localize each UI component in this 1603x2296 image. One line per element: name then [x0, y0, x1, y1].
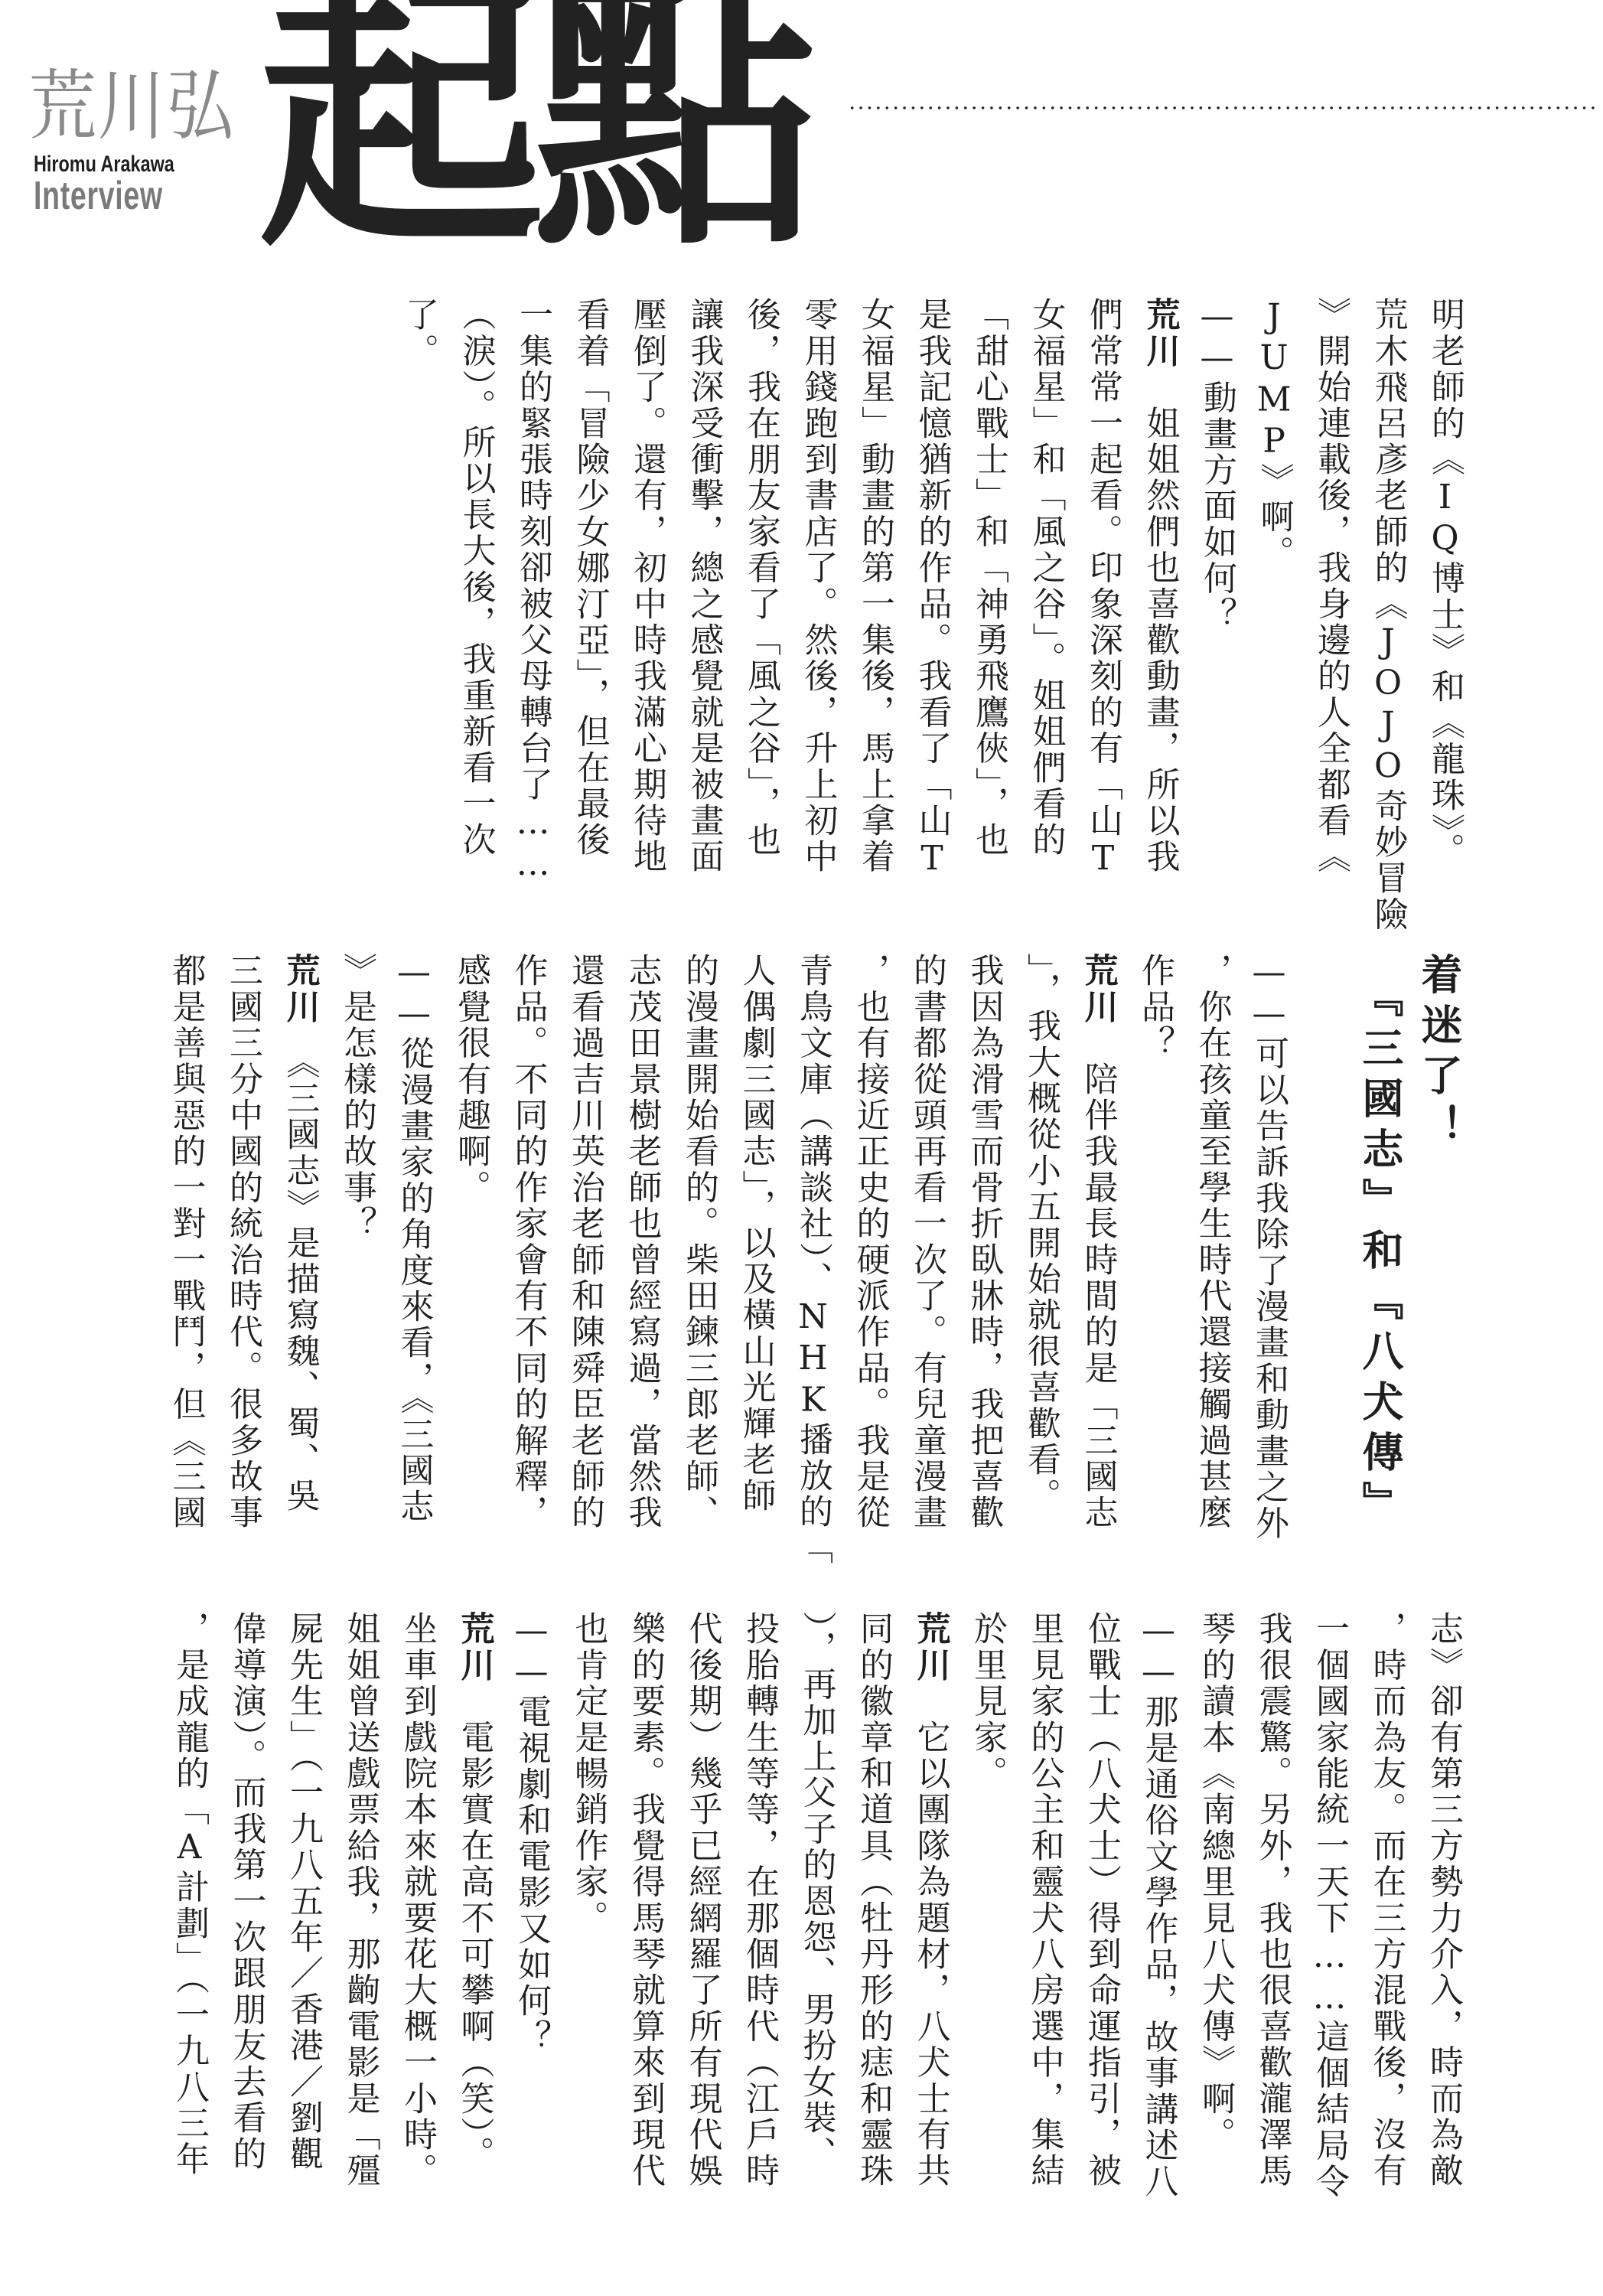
text-column: ，是成龍的「A計劃」（一九八三年: [166, 1611, 212, 2177]
text-column: 》是怎樣的故事？: [334, 953, 380, 1242]
text-column: （淚）。所以長大後，我重新看一次: [453, 297, 499, 858]
text-column: 還看過吉川英治老師和陳舜臣老師的: [562, 953, 608, 1531]
speaker-label: 荒川: [1141, 297, 1180, 369]
text-column: 一個國家能統一天下……這個結局令: [1306, 1611, 1352, 2200]
text-column: 樂的要素。我覺得馬琴就算來到現代: [622, 1611, 668, 2189]
text-column: ——動畫方面如何？: [1194, 297, 1240, 633]
text-column: ——電視劇和電影又如何？: [508, 1611, 554, 2055]
text-column: 」，我大概從小五開始就很喜歡看。: [1018, 953, 1064, 1514]
text-column: 女福星」動畫的第一集後，馬上拿着: [852, 297, 898, 875]
section-heading-line-1: 着迷了！: [1412, 953, 1465, 1155]
text-column: 了。: [396, 297, 441, 369]
text-column: 同的徽章和道具（牡丹形的痣和靈珠: [850, 1611, 896, 2189]
speaker-label: 荒川: [281, 953, 320, 1025]
page-title: 起點: [259, 0, 807, 262]
speaker-label: 荒川: [911, 1611, 950, 1683]
text-column: 琴的讀本《南總里見八犬傳》啊。: [1192, 1611, 1238, 2153]
text-column: 我因為滑雪而骨折臥牀時，我把喜歡: [961, 953, 1007, 1531]
text-column: 荒川 它以團隊為題材，八犬士有共: [907, 1611, 953, 2189]
text-column: 「甜心戰士」和「神勇飛鷹俠」，也: [966, 297, 1012, 858]
text-column: 里見家的公主和靈犬八房選中，集結: [1021, 1611, 1067, 2189]
text-column: 一集的緊張時刻卻被父母轉台了……: [510, 297, 556, 885]
text-column: 也肯定是暢銷作家。: [565, 1611, 611, 1936]
text-column: 投胎轉生等等，在那個時代（江戶時: [736, 1611, 782, 2189]
text-column: 的漫畫開始看的。柴田鍊三郎老師、: [676, 953, 722, 1531]
dotted-divider: [848, 106, 1598, 110]
text-column: ，也有接近正史的硬派作品。我是從: [847, 953, 893, 1531]
text-column: 女福星」和「風之谷」。姐姐們看的: [1023, 297, 1069, 858]
section-heading-line-2: 『三國志』和『八犬傳』: [1353, 976, 1406, 1531]
text-column: 的書都從頭再看一次了。有兒童漫畫: [904, 953, 950, 1531]
text-column: ——可以告訴我除了漫畫和動畫之外: [1246, 953, 1292, 1541]
text-column: 坐車到戲院本來就要花大概一小時。: [394, 1611, 440, 2189]
text-column: 感覺很有趣啊。: [448, 953, 494, 1205]
text-column: ——那是通俗文學作品，故事講述八: [1135, 1611, 1181, 2200]
text-column: 是我記憶猶新的作品。我看了「山T: [909, 297, 955, 880]
text-column: 後，我在朋友家看了「風之谷」，也: [738, 297, 784, 858]
text-column: 作品。不同的作家會有不同的解釋，: [505, 953, 551, 1531]
text-column: 壓倒了。還有，初中時我滿心期待地: [624, 297, 670, 875]
text-column: 偉導演）。而我第一次跟朋友去看的: [223, 1611, 269, 2172]
text-column: 志》卻有第三方勢力介入，時而為敵: [1420, 1611, 1466, 2189]
speaker-label: 荒川: [1079, 953, 1118, 1025]
speaker-label: 荒川: [455, 1611, 494, 1683]
text-column: 於里見家。: [964, 1611, 1010, 1792]
text-column: 代後期）幾乎已經網羅了所有現代娛: [679, 1611, 725, 2189]
text-column: 零用錢跑到書店了。然後，升上初中: [795, 297, 841, 875]
text-column: 屍先生」（一九八五年／香港／劉觀: [280, 1611, 326, 2172]
text-column: ，時而為友。而在三方混戰後，沒有: [1364, 1611, 1409, 2189]
text-column: 們常常一起看。印象深刻的有「山T: [1080, 297, 1126, 880]
text-column: JUMP》啊。: [1251, 297, 1297, 571]
text-column: ，你在孩童至學生時代還接觸過甚麼: [1189, 953, 1235, 1531]
text-column: 讓我深受衝擊，總之感覺就是被畫面: [681, 297, 727, 875]
text-column: 看着「冒險少女娜汀亞」，但在最後: [567, 297, 613, 858]
text-column: 志茂田景樹老師也曾經寫過，當然我: [619, 953, 665, 1531]
text-column: ），再加上父子的恩怨、男扮女裝、: [793, 1611, 839, 2172]
text-column: 荒木飛呂彥老師的《JOJO奇妙冒險: [1365, 297, 1411, 932]
interview-label: Interview: [34, 174, 163, 217]
text-column: 荒川 電影實在高不可攀啊（笑）。: [451, 1611, 497, 2172]
text-column: 人偶劇三國志」，以及橫山光輝老師: [733, 953, 779, 1514]
text-column: 我很震驚。另外，我也很喜歡瀧澤馬: [1249, 1611, 1295, 2189]
text-column: ——從漫畫家的角度來看，《三國志: [391, 953, 437, 1525]
text-column: 荒川 陪伴我最長時間的是「三國志: [1075, 953, 1121, 1531]
text-column: 位戰士（八犬士）得到命運指引，被: [1078, 1611, 1124, 2189]
text-column: 都是善與惡的一對一戰鬥，但《三國: [163, 953, 209, 1531]
text-column: 青鳥文庫（講談社）、NHK播放的「: [790, 953, 836, 1566]
text-column: 作品？: [1132, 953, 1178, 1062]
text-column: 姐姐曾送戲票給我，那齣電影是「殭: [337, 1611, 383, 2189]
text-column: 》開始連載後，我身邊的人全都看《: [1308, 297, 1354, 875]
author-name-cjk: 荒川弘: [29, 64, 235, 148]
text-column: 荒川 《三國志》是描寫魏、蜀、吳: [277, 953, 323, 1514]
text-column: 三國三分中國的統治時代。很多故事: [220, 953, 266, 1531]
text-column: 荒川 姐姐然們也喜歡動畫，所以我: [1137, 297, 1183, 875]
text-column: 明老師的《IQ博士》和《龍珠》。: [1422, 297, 1468, 869]
